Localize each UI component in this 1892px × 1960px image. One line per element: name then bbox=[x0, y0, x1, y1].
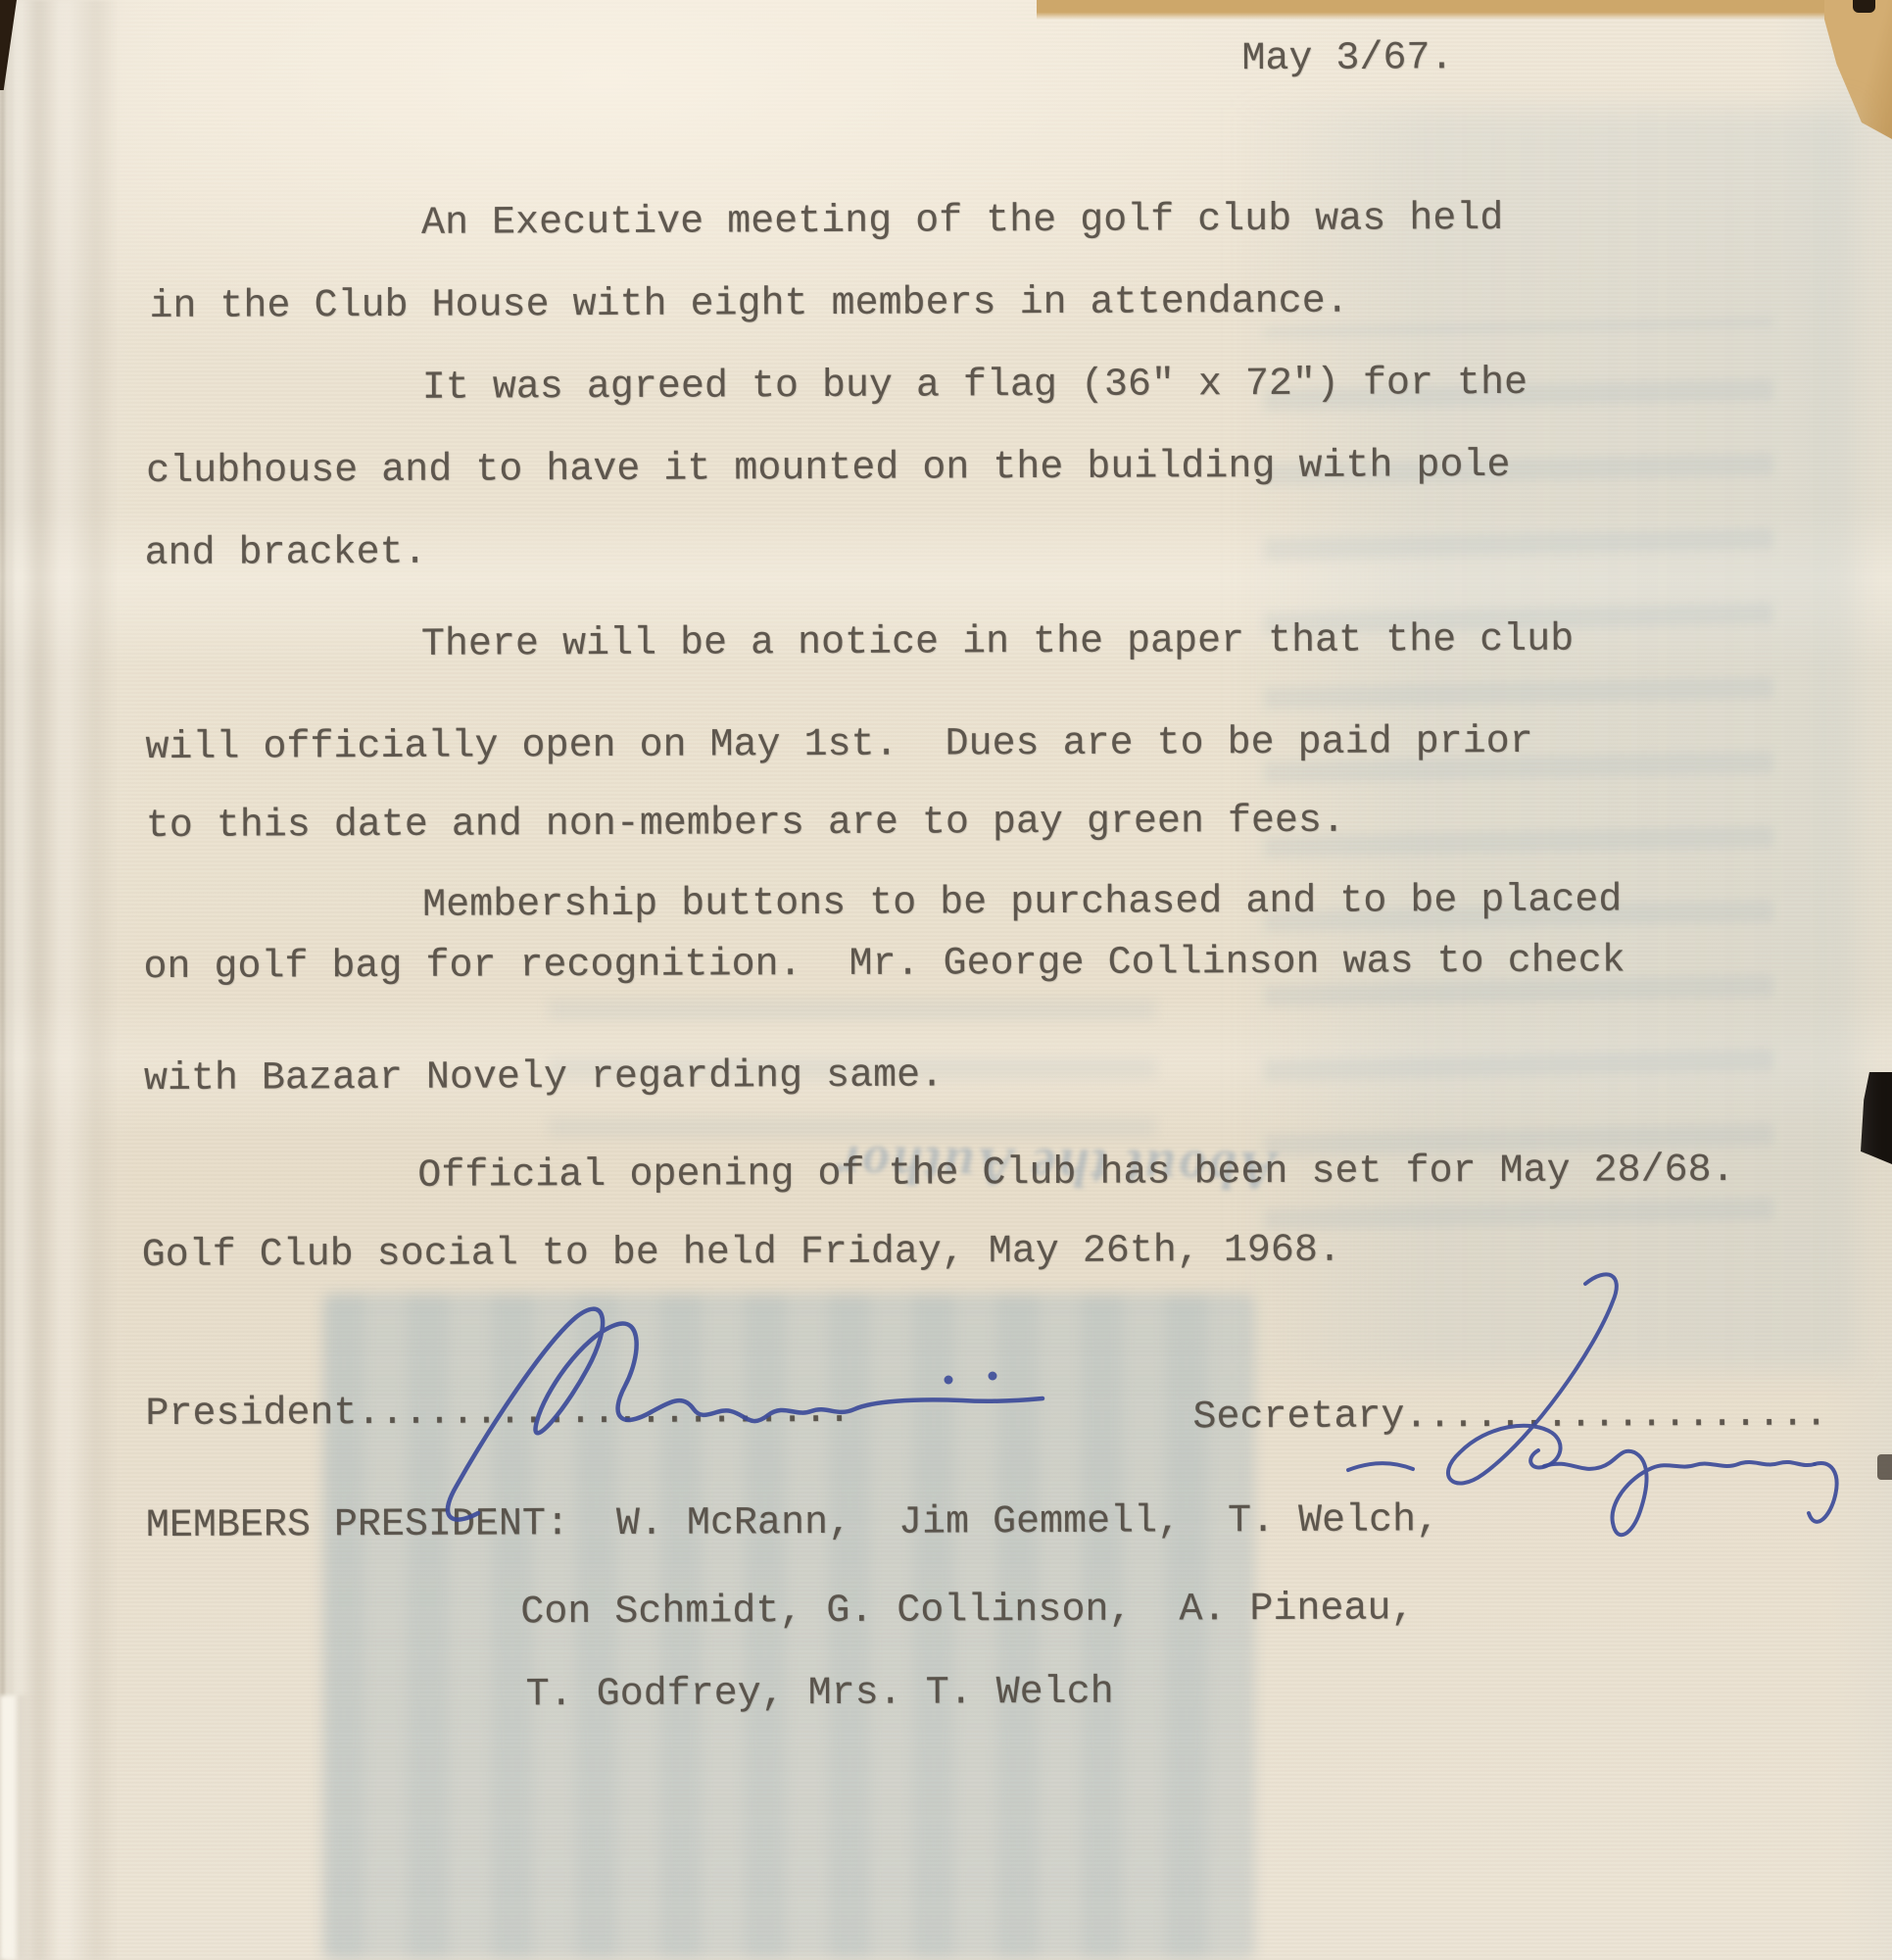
president-signature bbox=[363, 1286, 1127, 1531]
typed-line-2: It was agreed to buy a flag (36" x 72") … bbox=[422, 365, 1528, 409]
typed-line-10: with Bazaar Novely regarding same. bbox=[144, 1057, 944, 1101]
secretary-signature bbox=[1254, 1266, 1892, 1560]
typed-line-6: will officially open on May 1st. Dues ar… bbox=[145, 723, 1532, 768]
members-line-1: Con Schmidt, G. Collinson, A. Pineau, bbox=[520, 1590, 1414, 1633]
date-line: May 3/67. bbox=[1241, 39, 1453, 79]
typed-line-4: and bracket. bbox=[145, 534, 427, 574]
typed-line-9: on golf bag for recognition. Mr. George … bbox=[143, 942, 1625, 988]
typed-line-7: to this date and non-members are to pay … bbox=[146, 803, 1345, 847]
typed-line-1: in the Club House with eight members in … bbox=[149, 283, 1348, 327]
typed-line-3: clubhouse and to have it mounted on the … bbox=[146, 447, 1510, 492]
typed-line-11: Official opening of the Club has been se… bbox=[417, 1151, 1734, 1197]
typed-line-12: Golf Club social to be held Friday, May … bbox=[142, 1232, 1341, 1276]
typed-line-8: Membership buttons to be purchased and t… bbox=[422, 881, 1622, 925]
typed-line-5: There will be a notice in the paper that… bbox=[421, 621, 1574, 665]
scanned-document: About the Author May 3/67.An Executive m… bbox=[0, 0, 1892, 1960]
members-line-2: T. Godfrey, Mrs. T. Welch bbox=[526, 1674, 1114, 1716]
president-label: President bbox=[145, 1392, 357, 1437]
typed-text-layer: May 3/67.An Executive meeting of the gol… bbox=[0, 0, 1892, 1960]
typed-line-0: An Executive meeting of the golf club wa… bbox=[421, 200, 1503, 244]
